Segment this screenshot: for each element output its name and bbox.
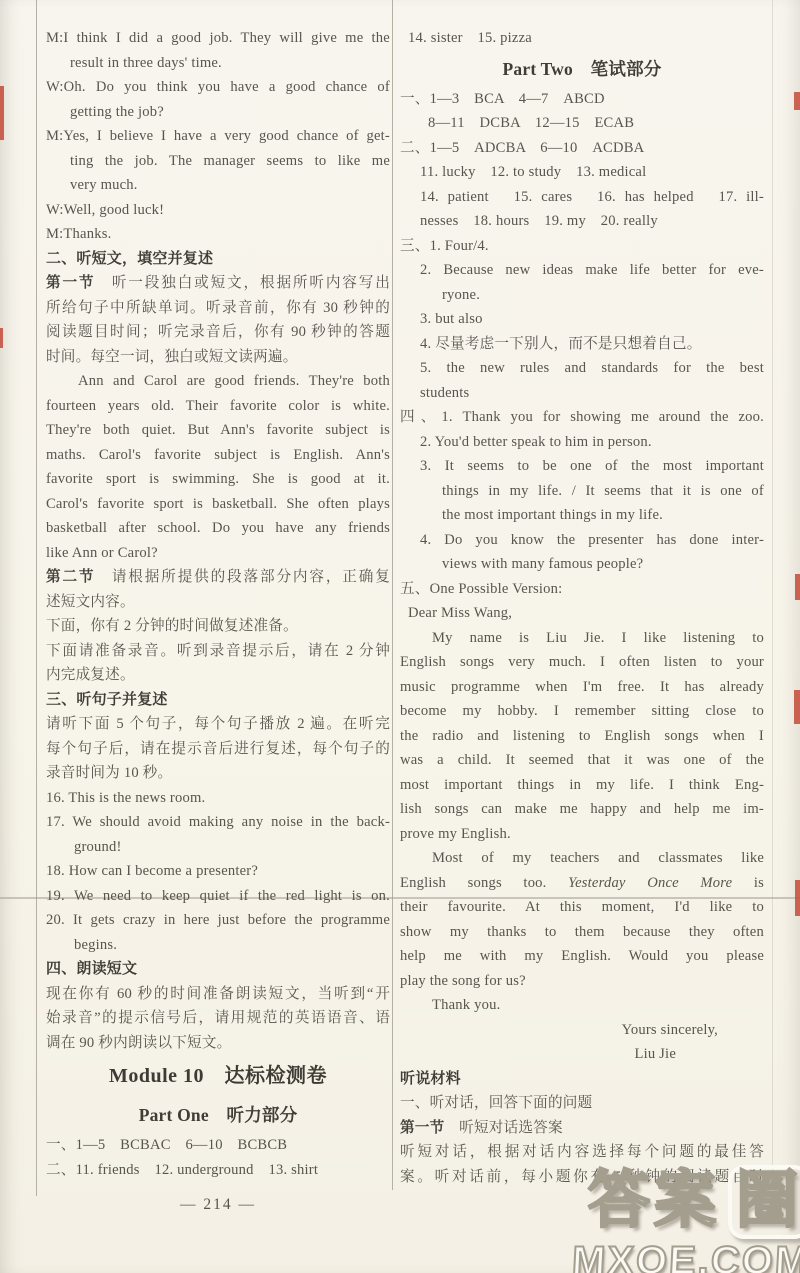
text-line: was a child. It seemed that it was one o… — [400, 748, 764, 773]
scanned-answer-page: M:I think I did a good job. They will gi… — [0, 0, 800, 1273]
text-line: ground! — [46, 835, 390, 860]
text-line: music programme when I'm free. It has al… — [400, 675, 764, 700]
text-line: Module 10 达标检测卷 — [46, 1055, 390, 1097]
scan-red-mark — [0, 86, 4, 140]
text-line: Part One 听力部分 — [46, 1097, 390, 1133]
text-line: most important things in my life. I thin… — [400, 773, 764, 798]
text-line: 始录音”的提示信号后，请用规范的英语语音、语 — [46, 1006, 390, 1031]
text-line: 阅读题目时间；听完录音后，你有 90 秒钟的答题 — [46, 320, 390, 345]
scan-red-mark — [0, 328, 3, 348]
text-line: the radio and listening to English songs… — [400, 724, 764, 749]
text-line: 二、11. friends 12. underground 13. shirt — [46, 1158, 390, 1183]
text-line: 下面，你有 2 分钟的时间做复述准备。 — [46, 614, 390, 639]
text-line: 时间。每空一词，独白或短文读两遍。 — [46, 345, 390, 370]
text-line: Liu Jie — [400, 1042, 764, 1067]
text-line: 内完成复述。 — [46, 663, 390, 688]
page-number: — 214 — — [46, 1196, 390, 1214]
text-segment: 第二节 — [46, 569, 95, 585]
watermark-brand: 答案圈 — [572, 1165, 800, 1239]
text-line: 19. We need to keep quiet if the red lig… — [46, 884, 390, 909]
text-line: become my hobby. I remember sitting clos… — [400, 699, 764, 724]
text-line: 16. This is the news room. — [46, 786, 390, 811]
text-line: 四、1. Thank you for showing me around the… — [400, 405, 764, 430]
text-line: play the song for us? — [400, 969, 764, 994]
text-line: begins. — [46, 933, 390, 958]
text-segment: English songs too. — [400, 875, 568, 891]
text-line: They're both quiet. But Ann's favorite s… — [46, 418, 390, 443]
text-line: 8—11 DCBA 12—15 ECAB — [400, 111, 764, 136]
text-line: help me with my English. Would you pleas… — [400, 944, 764, 969]
text-line: 请听下面 5 个句子，每个句子播放 2 遍。在听完 — [46, 712, 390, 737]
text-line: maths. Carol's favorite subject is Engli… — [46, 443, 390, 468]
text-line: students — [400, 381, 764, 406]
text-line: fourteen years old. Their favorite color… — [46, 394, 390, 419]
page-border-right — [772, 0, 773, 1190]
text-line: 4. Do you know the presenter has done in… — [400, 528, 764, 553]
text-line: Carol's favorite sport is basketball. Sh… — [46, 492, 390, 517]
text-line: M:Yes, I believe I have a very good chan… — [46, 124, 390, 149]
text-line: show my thanks to them because they ofte… — [400, 920, 764, 945]
text-line: favorite sport is swimming. She is good … — [46, 467, 390, 492]
watermark-char: 答 — [588, 1166, 654, 1235]
text-line: 11. lucky 12. to study 13. medical — [400, 160, 764, 185]
text-line: ting the job. The manager seems to like … — [46, 149, 390, 174]
scan-red-mark — [795, 880, 800, 916]
text-line: getting the job? — [46, 100, 390, 125]
text-segment: Yesterday Once More — [568, 875, 732, 891]
text-line: lish songs can make me happy and help me… — [400, 797, 764, 822]
text-line: 二、1—5 ADCBA 6—10 ACDBA — [400, 136, 764, 161]
text-line: W:Oh. Do you think you have a good chanc… — [46, 75, 390, 100]
text-line: Most of my teachers and classmates like — [400, 846, 764, 871]
text-line: 录音时间为 10 秒。 — [46, 761, 390, 786]
text-line: 第二节 请根据所提供的段落部分内容，正确复 — [46, 565, 390, 590]
text-line: 听短对话，根据对话内容选择每个问题的最佳答 — [400, 1140, 764, 1165]
text-line: 二、听短文，填空并复述 — [46, 247, 390, 272]
right-column: 14. sister 15. pizzaPart Two 笔试部分一、1—3 B… — [400, 26, 764, 1189]
text-line: result in three days' time. — [46, 51, 390, 76]
text-line: the most important things in my life. — [400, 503, 764, 528]
text-line: basketball after school. Do you have any… — [46, 516, 390, 541]
text-line: 14. sister 15. pizza — [400, 26, 764, 51]
text-line: 听说材料 — [400, 1067, 764, 1092]
left-column: M:I think I did a good job. They will gi… — [46, 26, 390, 1182]
text-line: 20. It gets crazy in here just before th… — [46, 908, 390, 933]
page-border-left — [36, 0, 37, 1196]
text-line: things in my life. / It seems that it is… — [400, 479, 764, 504]
text-line: prove my English. — [400, 822, 764, 847]
text-line: Dear Miss Wang, — [400, 601, 764, 626]
watermark: 答案圈 MXQE.COM — [572, 1165, 800, 1273]
text-line: 一、1—5 BCBAC 6—10 BCBCB — [46, 1133, 390, 1158]
text-line: M:Thanks. — [46, 222, 390, 247]
text-line: M:I think I did a good job. They will gi… — [46, 26, 390, 51]
text-line: 18. How can I become a presenter? — [46, 859, 390, 884]
text-line: ryone. — [400, 283, 764, 308]
text-line: 每个句子后，请在提示音后进行复述，每个句子的 — [46, 737, 390, 762]
text-line: W:Well, good luck! — [46, 198, 390, 223]
text-line: 四、朗读短文 — [46, 957, 390, 982]
text-line: 现在你有 60 秒的时间准备朗读短文，当听到“开 — [46, 982, 390, 1007]
text-line: English songs very much. I often listen … — [400, 650, 764, 675]
text-line: Thank you. — [400, 993, 764, 1018]
text-line: 17. We should avoid making any noise in … — [46, 810, 390, 835]
scan-red-mark — [795, 574, 800, 600]
text-line: 下面请准备录音。听到录音提示后，请在 2 分钟 — [46, 639, 390, 664]
watermark-char-boxed: 圈 — [728, 1165, 800, 1239]
text-line: their favourite. At this moment, I'd lik… — [400, 895, 764, 920]
text-line: Part Two 笔试部分 — [400, 51, 764, 87]
text-line: very much. — [46, 173, 390, 198]
text-line: 3. It seems to be one of the most import… — [400, 454, 764, 479]
scan-red-mark — [794, 690, 800, 724]
text-line: views with many famous people? — [400, 552, 764, 577]
text-segment: 听短对话选答案 — [444, 1120, 562, 1136]
text-line: 2. Because new ideas make life better fo… — [400, 258, 764, 283]
watermark-site-url: MXQE.COM — [571, 1241, 800, 1273]
text-line: nesses 18. hours 19. my 20. really — [400, 209, 764, 234]
watermark-char: 案 — [654, 1166, 720, 1235]
text-line: My name is Liu Jie. I like listening to — [400, 626, 764, 651]
text-segment: 第一节 — [46, 275, 95, 291]
text-line: 三、1. Four/4. — [400, 234, 764, 259]
text-line: 调在 90 秒内朗读以下短文。 — [46, 1031, 390, 1056]
text-line: Ann and Carol are good friends. They're … — [46, 369, 390, 394]
text-line: 2. You'd better speak to him in person. — [400, 430, 764, 455]
text-segment: 听一段独白或短文，根据所听内容写出 — [95, 275, 390, 291]
text-line: 三、听句子并复述 — [46, 688, 390, 713]
text-line: 述短文内容。 — [46, 590, 390, 615]
text-line: Yours sincerely, — [400, 1018, 764, 1043]
text-line: 所给句子中所缺单词。听录音前，你有 30 秒钟的 — [46, 296, 390, 321]
text-line: 一、听对话，回答下面的问题 — [400, 1091, 764, 1116]
scan-red-mark — [794, 92, 800, 110]
text-line: 14. patient 15. cares 16. has helped 17.… — [400, 185, 764, 210]
column-divider — [392, 0, 393, 1190]
text-line: 3. but also — [400, 307, 764, 332]
text-segment: 第一节 — [400, 1120, 444, 1136]
text-segment: is — [732, 875, 764, 891]
text-line: like Ann or Carol? — [46, 541, 390, 566]
text-line: 5. the new rules and standards for the b… — [400, 356, 764, 381]
text-line: 4. 尽量考虑一下别人，而不是只想着自己。 — [400, 332, 764, 357]
text-line: 一、1—3 BCA 4—7 ABCD — [400, 87, 764, 112]
text-line: 第一节 听一段独白或短文，根据所听内容写出 — [46, 271, 390, 296]
text-line: English songs too. Yesterday Once More i… — [400, 871, 764, 896]
text-line: 五、One Possible Version: — [400, 577, 764, 602]
text-segment: 请根据所提供的段落部分内容，正确复 — [95, 569, 390, 585]
text-line: 第一节 听短对话选答案 — [400, 1116, 764, 1141]
